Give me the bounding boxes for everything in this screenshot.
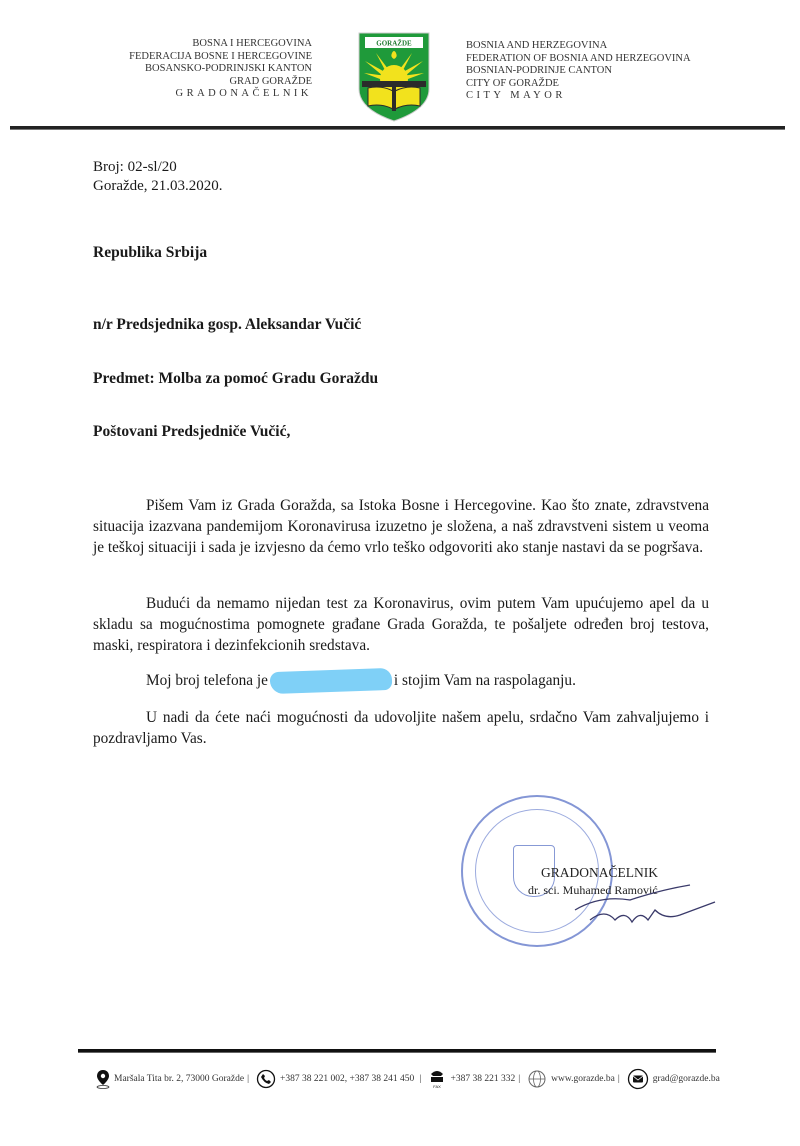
letterhead-right-line: FEDERATION OF BOSNIA AND HERZEGOVINA xyxy=(466,53,766,66)
footer-address: Maršala Tita br. 2, 73000 Goražde xyxy=(114,1074,244,1084)
email-icon xyxy=(627,1068,649,1090)
body-paragraph-4: U nadi da ćete naći mogućnosti da udovol… xyxy=(93,707,709,749)
body-paragraph-2-text: Budući da nemamo nijedan test za Koronav… xyxy=(93,595,709,654)
body-paragraph-1: Pišem Vam iz Grada Goražda, sa Istoka Bo… xyxy=(93,495,709,558)
letterhead-right: BOSNIA AND HERZEGOVINA FEDERATION OF BOS… xyxy=(466,40,766,103)
letterhead-left-line: FEDERACIJA BOSNE I HERCEGOVINE xyxy=(100,51,312,64)
letterhead-left-line: BOSNA I HERCEGOVINA xyxy=(100,38,312,51)
globe-icon xyxy=(527,1069,547,1089)
svg-text:FAX: FAX xyxy=(434,1084,442,1089)
redacted-phone-number xyxy=(270,668,393,694)
letterhead-right-line: CITY OF GORAŽDE xyxy=(466,78,766,91)
letterhead-left-line: BOSANSKO-PODRINJSKI KANTON xyxy=(100,63,312,76)
document-number: Broj: 02-sl/20 xyxy=(93,158,223,177)
recipient-attention: n/r Predsjednika gosp. Aleksandar Vučić xyxy=(93,316,361,334)
footer-fax[interactable]: +387 38 221 332 xyxy=(450,1074,515,1084)
letterhead-right-line: BOSNIA AND HERZEGOVINA xyxy=(466,40,766,53)
fax-icon: FAX xyxy=(428,1068,446,1090)
body-paragraph-4-text: U nadi da ćete naći mogućnosti da udovol… xyxy=(93,709,709,747)
footer-email[interactable]: grad@gorazde.ba xyxy=(653,1074,720,1084)
body-paragraph-3: Moj broj telefona jei stojim Vam na rasp… xyxy=(93,670,709,692)
subject-line: Predmet: Molba za pomoć Gradu Goraždu xyxy=(93,370,378,388)
letterhead-right-line: BOSNIAN-PODRINJE CANTON xyxy=(466,65,766,78)
phone-outro-text: i stojim Vam na raspolaganju. xyxy=(394,672,576,689)
phone-intro-text: Moj broj telefona je xyxy=(146,672,268,689)
salutation: Poštovani Predsjedniče Vučić, xyxy=(93,423,290,441)
footer-contact: Maršala Tita br. 2, 73000 Goražde | +387… xyxy=(92,1068,720,1090)
handwritten-signature-icon xyxy=(570,880,720,930)
footer-phones[interactable]: +387 38 221 002, +387 38 241 450 xyxy=(280,1074,414,1084)
city-crest-icon: GORAŽDE xyxy=(356,31,432,123)
signature-title: GRADONAČELNIK xyxy=(541,865,658,881)
letterhead-right-line: CITY MAYOR xyxy=(466,90,766,103)
letterhead-left-line: GRAD GORAŽDE xyxy=(100,76,312,89)
body-paragraph-1-text: Pišem Vam iz Grada Goražda, sa Istoka Bo… xyxy=(93,497,709,556)
header-divider xyxy=(10,126,785,129)
letterhead-left: BOSNA I HERCEGOVINA FEDERACIJA BOSNE I H… xyxy=(100,38,312,101)
footer-website[interactable]: www.gorazde.ba xyxy=(551,1074,615,1084)
footer-divider xyxy=(78,1049,716,1052)
recipient-country: Republika Srbija xyxy=(93,244,207,262)
letterhead-left-line: GRADONAČELNIK xyxy=(100,88,312,101)
document-place-date: Goražde, 21.03.2020. xyxy=(93,177,223,196)
location-pin-icon xyxy=(96,1069,110,1089)
phone-icon xyxy=(256,1069,276,1089)
crest-label: GORAŽDE xyxy=(376,40,412,48)
body-paragraph-2: Budući da nemamo nijedan test za Koronav… xyxy=(93,593,709,656)
document-meta: Broj: 02-sl/20 Goražde, 21.03.2020. xyxy=(93,158,223,196)
